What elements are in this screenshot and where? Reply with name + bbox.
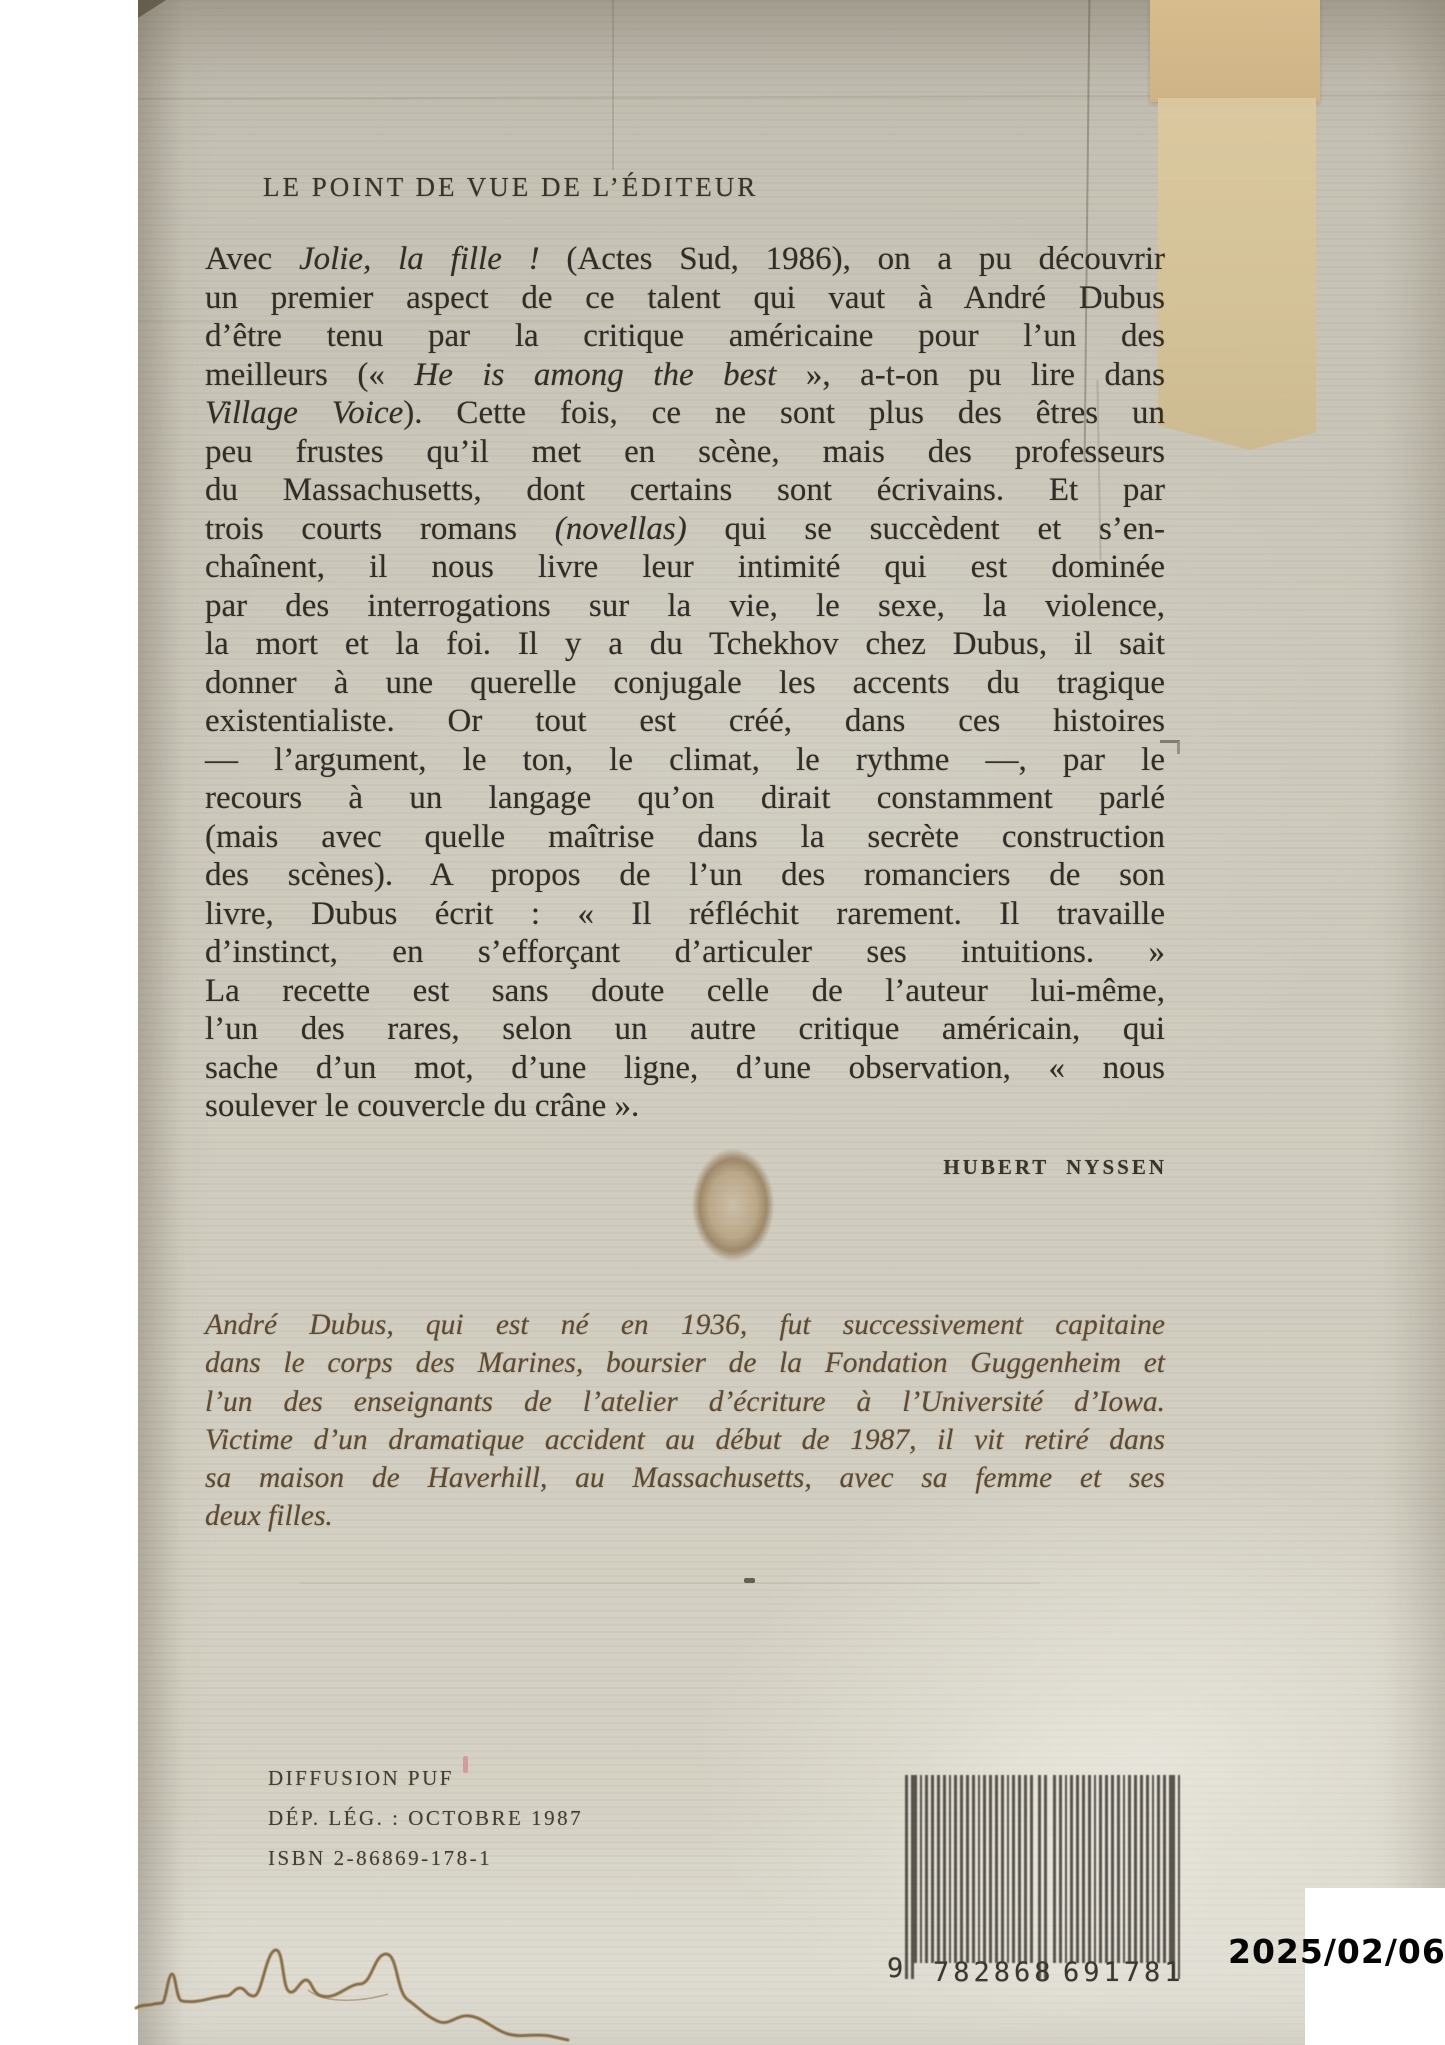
barcode-digit-left: 9 bbox=[887, 1953, 907, 1984]
barcode-bar bbox=[1070, 1775, 1073, 1963]
barcode-bar bbox=[1038, 1775, 1041, 1979]
text-line: chaînent, il nous livre leur intimité qu… bbox=[205, 548, 1165, 587]
tape-piece bbox=[1158, 98, 1316, 450]
text-line: (mais avec quelle maîtrise dans la secrè… bbox=[205, 818, 1165, 857]
text-line: la mort et la foi. Il y a du Tchekhov ch… bbox=[205, 625, 1165, 664]
paper-crease bbox=[300, 1582, 1040, 1584]
text-line: un premier aspect de ce talent qui vaut … bbox=[205, 279, 1165, 318]
barcode-bar bbox=[1059, 1775, 1062, 1963]
text-line: l’un des enseignants de l’atelier d’écri… bbox=[205, 1383, 1165, 1421]
barcode-bar bbox=[989, 1775, 992, 1963]
barcode-bar bbox=[937, 1775, 940, 1963]
text-line: par des interrogations sur la vie, le se… bbox=[205, 587, 1165, 626]
text-line: recours à un langage qu’on dirait consta… bbox=[205, 779, 1165, 818]
barcode-bar bbox=[972, 1775, 975, 1963]
barcode-bar bbox=[1134, 1775, 1137, 1963]
barcode-bar bbox=[1076, 1775, 1079, 1963]
text-line: deux filles. bbox=[205, 1497, 1165, 1535]
barcode-bar bbox=[983, 1775, 986, 1963]
text-line: dans le corps des Marines, boursier de l… bbox=[205, 1344, 1165, 1382]
editorial-paragraph: Avec Jolie, la fille ! (Actes Sud, 1986)… bbox=[205, 240, 1165, 1126]
barcode-bar bbox=[960, 1775, 963, 1963]
text-line: trois courts romans (novellas) qui se su… bbox=[205, 510, 1165, 549]
barcode-bar bbox=[914, 1775, 917, 1963]
text-line: du Massachusetts, dont certains sont écr… bbox=[205, 471, 1165, 510]
stain-squiggle bbox=[128, 1930, 673, 2045]
barcode-digits-group2: 691781 bbox=[1063, 1957, 1183, 1988]
barcode-bar bbox=[1111, 1775, 1114, 1963]
barcode-bar bbox=[1123, 1775, 1126, 1963]
barcode-bar bbox=[1024, 1775, 1027, 1963]
barcode-bar bbox=[1001, 1775, 1004, 1963]
text-line: — l’argument, le ton, le climat, le ryth… bbox=[205, 741, 1165, 780]
barcode: 9 782868 691781 bbox=[905, 1775, 1195, 2007]
text-line: sache d’un mot, d’une ligne, d’une obser… bbox=[205, 1049, 1165, 1088]
text-line: Victime d’un dramatique accident au débu… bbox=[205, 1421, 1165, 1459]
barcode-bar bbox=[995, 1775, 998, 1963]
barcode-bar bbox=[1178, 1775, 1181, 1979]
barcode-bar bbox=[1172, 1775, 1175, 1979]
text-line: soulever le couvercle du crâne ». bbox=[205, 1087, 1165, 1126]
barcode-bar bbox=[1099, 1775, 1102, 1963]
colophon-block: DIFFUSION PUF DÉP. LÉG. : OCTOBRE 1987 I… bbox=[268, 1758, 583, 1878]
colophon-diffusion: DIFFUSION PUF bbox=[268, 1758, 583, 1798]
barcode-bar bbox=[954, 1775, 957, 1963]
barcode-bar bbox=[1088, 1775, 1091, 1963]
barcode-bar bbox=[949, 1775, 952, 1963]
text-line: d’être tenu par la critique américaine p… bbox=[205, 317, 1165, 356]
barcode-bar bbox=[1030, 1775, 1033, 1963]
author-bio-paragraph: André Dubus, qui est né en 1936, fut suc… bbox=[205, 1306, 1165, 1536]
text-line: des scènes). A propos de l’un des romanc… bbox=[205, 856, 1165, 895]
barcode-bar bbox=[920, 1775, 923, 1963]
attribution-hubert-nyssen: HUBERT NYSSEN bbox=[205, 1155, 1167, 1180]
text-line: meilleurs (« He is among the best », a-t… bbox=[205, 356, 1165, 395]
tape-piece bbox=[1150, 0, 1320, 102]
colophon-isbn: ISBN 2-86869-178-1 bbox=[268, 1838, 583, 1878]
barcode-bar bbox=[1146, 1775, 1149, 1963]
text-line: existentialiste. Or tout est créé, dans … bbox=[205, 702, 1165, 741]
text-line: peu frustes qu’il met en scène, mais des… bbox=[205, 433, 1165, 472]
barcode-bar bbox=[1018, 1775, 1021, 1963]
text-line: l’un des rares, selon un autre critique … bbox=[205, 1010, 1165, 1049]
barcode-bar bbox=[1117, 1775, 1120, 1963]
barcode-digits-group1: 782868 bbox=[933, 1957, 1053, 1988]
barcode-bar bbox=[1044, 1775, 1047, 1979]
screenshot: { "photo": { "date_stamp": "2025/02/06" … bbox=[0, 0, 1445, 2045]
barcode-bar bbox=[1065, 1775, 1068, 1963]
text-line: Village Voice). Cette fois, ce ne sont p… bbox=[205, 394, 1165, 433]
barcode-bar bbox=[1053, 1775, 1056, 1963]
dark-speck bbox=[744, 1578, 755, 1583]
barcode-bar bbox=[905, 1775, 908, 1979]
text-line: donner à une querelle conjugale les acce… bbox=[205, 664, 1165, 703]
date-stamp: 2025/02/06 bbox=[1228, 1932, 1445, 1971]
barcode-bar bbox=[1007, 1775, 1010, 1963]
barcode-bar bbox=[978, 1775, 981, 1963]
barcode-bar bbox=[1094, 1775, 1097, 1963]
colophon-depot-legal: DÉP. LÉG. : OCTOBRE 1987 bbox=[268, 1798, 583, 1838]
text-line: sa maison de Haverhill, au Massachusetts… bbox=[205, 1459, 1165, 1497]
barcode-bar bbox=[1152, 1775, 1155, 1963]
barcode-bars bbox=[905, 1775, 1183, 1981]
barcode-bar bbox=[925, 1775, 928, 1963]
barcode-bar bbox=[1082, 1775, 1085, 1963]
barcode-bar bbox=[1157, 1775, 1160, 1963]
editor-viewpoint-heading: LE POINT DE VUE DE L’ÉDITEUR bbox=[263, 172, 758, 203]
barcode-bar bbox=[1128, 1775, 1131, 1963]
barcode-bar bbox=[1105, 1775, 1108, 1963]
paper-crack bbox=[612, 0, 614, 170]
barcode-bar bbox=[931, 1775, 934, 1963]
barcode-bar bbox=[966, 1775, 969, 1963]
barcode-bar bbox=[1163, 1775, 1166, 1963]
text-line: André Dubus, qui est né en 1936, fut suc… bbox=[205, 1306, 1165, 1344]
text-line: La recette est sans doute celle de l’aut… bbox=[205, 972, 1165, 1011]
text-line: Avec Jolie, la fille ! (Actes Sud, 1986)… bbox=[205, 240, 1165, 279]
text-line: livre, Dubus écrit : « Il réfléchit rare… bbox=[205, 895, 1165, 934]
barcode-bar bbox=[1140, 1775, 1143, 1963]
barcode-bar bbox=[943, 1775, 946, 1963]
text-line: d’instinct, en s’efforçant d’articuler s… bbox=[205, 933, 1165, 972]
barcode-bar bbox=[1012, 1775, 1015, 1963]
